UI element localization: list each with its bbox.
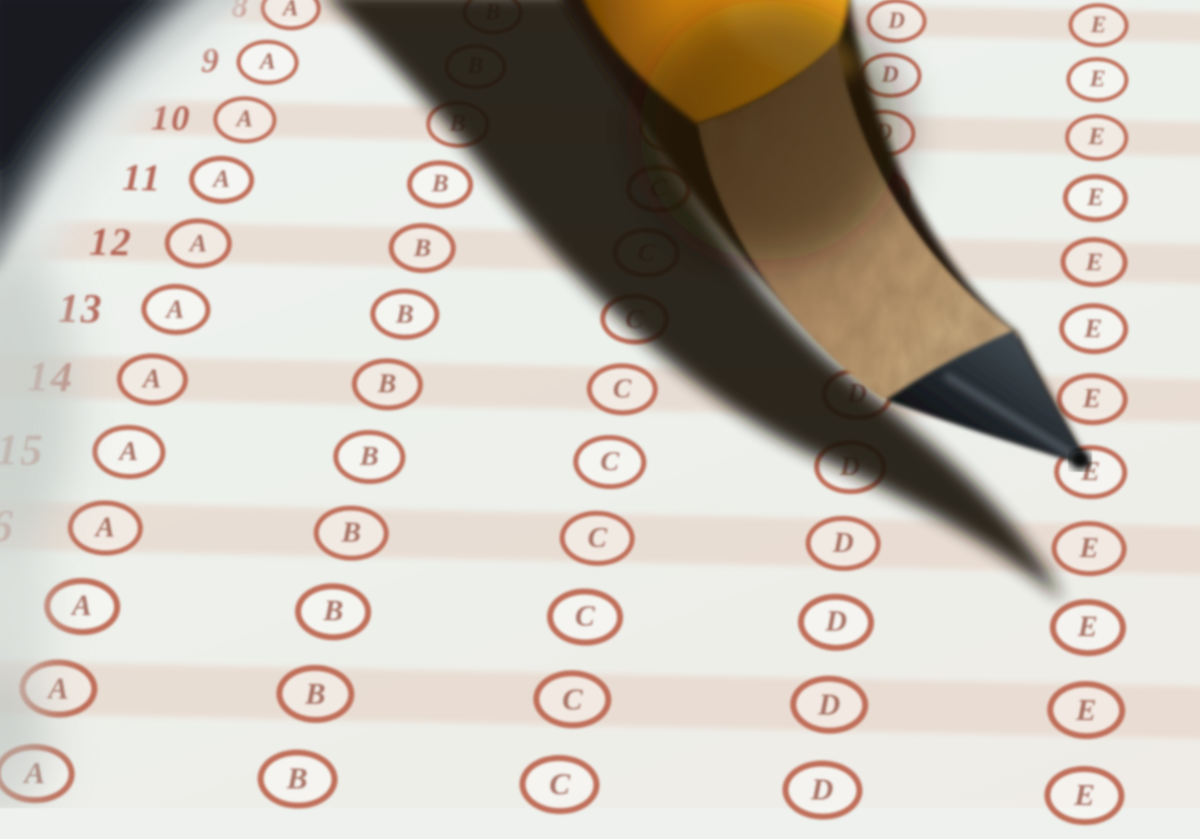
- answer-bubble-c: C: [573, 434, 647, 489]
- answer-bubble-c: C: [625, 164, 691, 214]
- bubble-letter: B: [305, 679, 326, 710]
- answer-bubble-a: A: [260, 0, 321, 31]
- bubble-letter: E: [1076, 695, 1097, 726]
- answer-bubble-c: C: [599, 293, 669, 345]
- bubble-letter: A: [236, 107, 253, 132]
- answer-bubble-a: A: [164, 218, 232, 269]
- answer-bubble-e: E: [1068, 3, 1129, 48]
- bubble-letter: D: [861, 244, 880, 270]
- answer-bubble-c: C: [546, 588, 623, 646]
- bubble-letter: D: [875, 121, 893, 146]
- question-number: 13: [0, 281, 104, 332]
- answer-bubble-d: D: [829, 298, 899, 350]
- question-number: 16: [0, 497, 15, 553]
- answer-row: 9ABCDE: [0, 57, 1200, 88]
- bubble-letter: A: [143, 365, 162, 393]
- answer-bubble-d: D: [859, 52, 922, 99]
- bubble-letter: E: [1088, 125, 1105, 150]
- answer-bubble-a: A: [189, 155, 255, 205]
- bubble-letter: A: [96, 513, 116, 542]
- answer-bubble-e: E: [1054, 444, 1128, 499]
- bubble-letter: B: [396, 301, 414, 328]
- bubble-letter: D: [854, 311, 874, 338]
- bubble-letter: D: [847, 380, 867, 408]
- bubble-letter: C: [675, 59, 691, 83]
- bubble-letter: D: [888, 9, 905, 32]
- answer-row: 13ABCDE: [0, 306, 1200, 337]
- bubble-letter: C: [600, 448, 619, 476]
- bubble-letter: C: [625, 306, 643, 333]
- answer-bubble-b: B: [314, 504, 390, 561]
- bubble-letter: D: [825, 607, 847, 637]
- bubble-letter: E: [1089, 68, 1105, 92]
- answer-bubble-e: E: [1060, 236, 1128, 287]
- question-number: 8: [119, 0, 250, 26]
- answer-bubble-c: C: [519, 754, 600, 800]
- answer-bubble-e: E: [1056, 372, 1128, 426]
- question-number: 15: [0, 422, 45, 476]
- answer-bubble-d: D: [866, 0, 927, 44]
- answer-bubble-d: D: [821, 367, 893, 421]
- answer-row: 17ABCDE: [0, 604, 1200, 635]
- question-number: 14: [0, 350, 74, 402]
- bubble-letter: E: [1091, 14, 1107, 37]
- bubble-letter: B: [323, 597, 343, 627]
- question-number: 11: [32, 154, 163, 201]
- answer-bubble-c: C: [560, 510, 636, 567]
- bubble-letter: B: [467, 55, 483, 79]
- answer-bubble-a: A: [92, 424, 166, 479]
- bubble-letter: D: [881, 63, 899, 87]
- photo-scene: 8ABCDE9ABCDE10ABCDE11ABCDE12ABCDE13ABCDE…: [0, 0, 1200, 800]
- bubble-letter: A: [260, 50, 276, 74]
- answer-bubble-d: D: [851, 109, 916, 157]
- answer-bubble-a: A: [116, 352, 188, 406]
- answer-bubble-b: B: [444, 43, 507, 90]
- answer-bubble-e: E: [1062, 173, 1128, 223]
- bubble-letter: B: [341, 518, 361, 547]
- bubble-letter: D: [868, 181, 887, 206]
- bubble-letter: C: [613, 375, 632, 403]
- answer-bubble-a: A: [236, 39, 299, 86]
- bubble-letter: A: [283, 0, 299, 20]
- answer-row: 15ABCDE: [0, 449, 1200, 480]
- answer-bubble-a: A: [140, 283, 210, 335]
- bubble-letter: E: [1079, 534, 1099, 563]
- bubble-letter: D: [818, 689, 840, 720]
- answer-bubble-c: C: [586, 362, 658, 416]
- bubble-letter: B: [449, 112, 466, 137]
- bubble-letter: E: [1087, 185, 1104, 210]
- bubble-letter: A: [166, 296, 184, 323]
- answer-bubble-b: B: [351, 357, 423, 411]
- answer-bubble-d: D: [782, 760, 863, 800]
- bubble-letter: C: [587, 523, 607, 552]
- answer-bubble-b: B: [257, 749, 338, 800]
- bubble-letter: C: [549, 769, 570, 800]
- answer-bubble-b: B: [388, 222, 456, 273]
- bubble-letter: A: [48, 673, 69, 704]
- bubble-letter: B: [287, 763, 308, 794]
- answer-bubble-b: B: [462, 0, 523, 35]
- answer-bubble-c: C: [664, 0, 725, 39]
- answer-bubble-e: E: [1066, 56, 1129, 103]
- answer-bubble-e: E: [1058, 303, 1128, 355]
- bubble-letter: B: [360, 443, 379, 471]
- answer-bubble-e: E: [1049, 599, 1126, 657]
- answer-bubble-d: D: [805, 515, 881, 572]
- bubble-letter: E: [1083, 385, 1102, 413]
- answer-bubble-b: B: [425, 100, 490, 148]
- bubble-letter: C: [562, 684, 583, 715]
- answer-row: 11ABCDE: [0, 175, 1200, 206]
- answer-row: 19ABCDE: [0, 772, 1200, 800]
- answer-bubble-a: A: [0, 743, 75, 800]
- answer-bubble-c: C: [612, 227, 680, 278]
- bubble-letter: A: [119, 438, 138, 466]
- question-number: 10: [61, 95, 192, 140]
- bubble-letter: D: [840, 453, 861, 481]
- bubble-letter: E: [1081, 458, 1100, 486]
- answer-bubble-d: D: [798, 593, 875, 651]
- answer-bubble-b: B: [370, 288, 440, 340]
- bubble-letter: E: [1074, 780, 1095, 800]
- answer-bubble-e: E: [1044, 765, 1125, 800]
- bubble-letter: E: [1078, 613, 1098, 643]
- bubble-letter: A: [190, 230, 208, 256]
- bubble-letter: B: [432, 172, 449, 197]
- bubble-letter: A: [24, 758, 45, 789]
- bubble-letter: B: [485, 1, 501, 24]
- bubble-letter: C: [650, 176, 667, 201]
- answer-bubble-b: B: [332, 429, 406, 484]
- bubble-letter: E: [1085, 249, 1103, 275]
- bubble-letter: C: [662, 116, 679, 141]
- bubble-letter: C: [575, 602, 595, 632]
- bubble-letter: D: [833, 529, 854, 558]
- bubble-letter: D: [811, 774, 834, 800]
- answer-bubble-a: A: [212, 95, 277, 143]
- answer-bubble-c: C: [638, 104, 703, 152]
- bubble-letter: A: [72, 592, 92, 622]
- answer-bubble-c: C: [651, 48, 714, 95]
- answer-sheet-grid: 8ABCDE9ABCDE10ABCDE11ABCDE12ABCDE13ABCDE…: [0, 0, 1200, 800]
- answer-bubble-b: B: [407, 160, 473, 210]
- bubble-letter: C: [687, 5, 703, 28]
- bubble-letter: E: [1084, 315, 1102, 342]
- answer-bubble-a: A: [68, 499, 144, 556]
- answer-bubble-a: A: [43, 577, 120, 635]
- answer-bubble-b: B: [295, 583, 372, 641]
- bubble-letter: B: [414, 235, 432, 261]
- bubble-letter: C: [638, 239, 656, 265]
- question-number: 9: [90, 39, 221, 81]
- answer-bubble-d: D: [813, 439, 887, 494]
- bubble-letter: B: [378, 370, 397, 398]
- answer-bubble-d: D: [844, 169, 910, 219]
- question-number: 12: [2, 216, 133, 265]
- answer-bubble-d: D: [836, 232, 904, 283]
- answer-bubble-e: E: [1051, 520, 1127, 577]
- answer-bubble-e: E: [1064, 113, 1129, 161]
- bubble-letter: A: [213, 167, 230, 192]
